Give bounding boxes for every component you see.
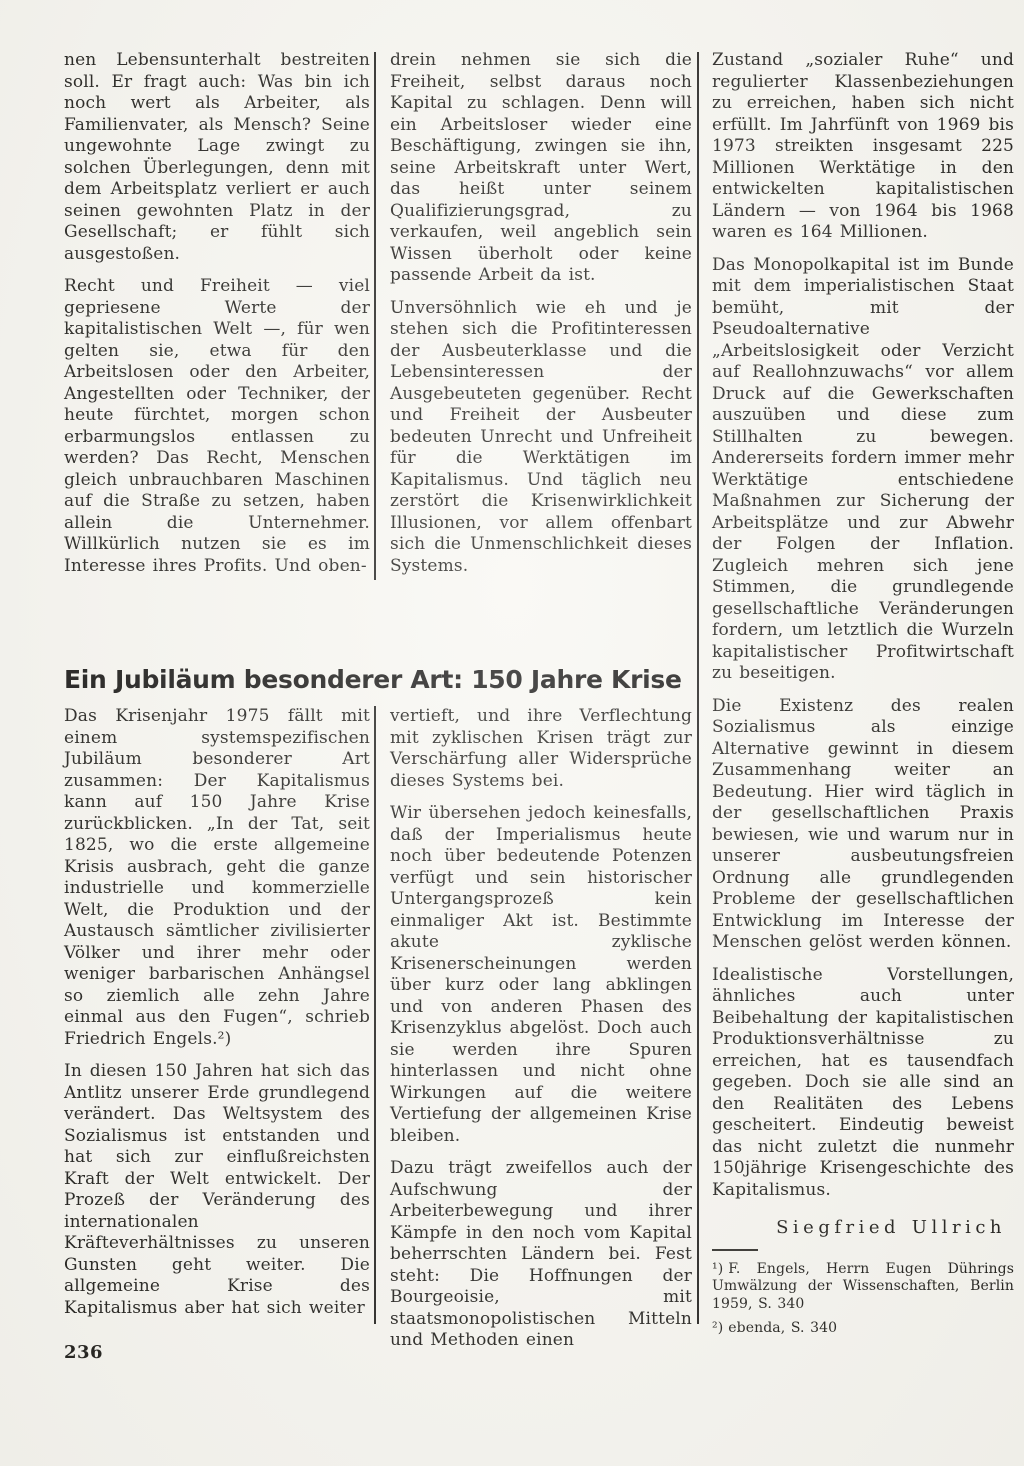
section-heading: Ein Jubiläum besonderer Art: 150 Jahre K…: [64, 665, 664, 694]
paragraph: nen Lebensunterhalt bestreiten soll. Er …: [64, 50, 370, 265]
paragraph: Wir übersehen jedoch keinesfalls, daß de…: [390, 803, 692, 1147]
paragraph: Unversöhnlich wie eh und je stehen sich …: [390, 298, 692, 578]
paragraph: Dazu trägt zweifellos auch der Aufschwun…: [390, 1158, 692, 1352]
page-number: 236: [64, 1342, 103, 1363]
footnotes-block: ¹)F. Engels, Herrn Eugen Dührings Umwälz…: [712, 1261, 1014, 1338]
footnote-marker: ¹): [712, 1261, 723, 1277]
paragraph: vertieft, und ihre Verflechtung mit zykl…: [390, 706, 692, 792]
column-divider-left-bottom: [374, 706, 376, 1324]
text-column-top-middle: drein nehmen sie sich die Freiheit, selb…: [390, 50, 692, 577]
text-column-top-left: nen Lebensunterhalt bestreiten soll. Er …: [64, 50, 370, 577]
text-column-right: Zustand „sozialer Ruhe“ und regulierter …: [712, 50, 1014, 1338]
text-column-bottom-left: Das Krisenjahr 1975 fällt mit einem syst…: [64, 706, 370, 1319]
paragraph: Recht und Freiheit — viel gepriesene Wer…: [64, 276, 370, 577]
paragraph: Das Monopolkapital ist im Bunde mit dem …: [712, 255, 1014, 685]
paragraph: drein nehmen sie sich die Freiheit, selb…: [390, 50, 692, 287]
paragraph: Das Krisenjahr 1975 fällt mit einem syst…: [64, 706, 370, 1050]
text-column-bottom-middle: vertieft, und ihre Verflechtung mit zykl…: [390, 706, 692, 1352]
column-divider-left-top: [374, 52, 376, 580]
paragraph: Zustand „sozialer Ruhe“ und regulierter …: [712, 50, 1014, 244]
footnote-marker: ²): [712, 1320, 723, 1336]
author-signature: Siegfried Ullrich: [712, 1217, 1014, 1239]
paragraph: Die Existenz des realen Sozialismus als …: [712, 696, 1014, 954]
magazine-page: nen Lebensunterhalt bestreiten soll. Er …: [0, 0, 1024, 1466]
paragraph: Idealistische Vorstellungen, ähnliches a…: [712, 965, 1014, 1202]
footnote: ¹)F. Engels, Herrn Eugen Dührings Umwälz…: [712, 1261, 1014, 1314]
footnote-divider: [712, 1249, 758, 1251]
footnote-text: ebenda, S. 340: [728, 1320, 837, 1336]
column-divider-right: [697, 52, 699, 1324]
paragraph: In diesen 150 Jahren hat sich das Antlit…: [64, 1061, 370, 1319]
footnote-text: F. Engels, Herrn Eugen Dührings Umwälzun…: [712, 1261, 1014, 1312]
footnote: ²)ebenda, S. 340: [712, 1320, 1014, 1338]
